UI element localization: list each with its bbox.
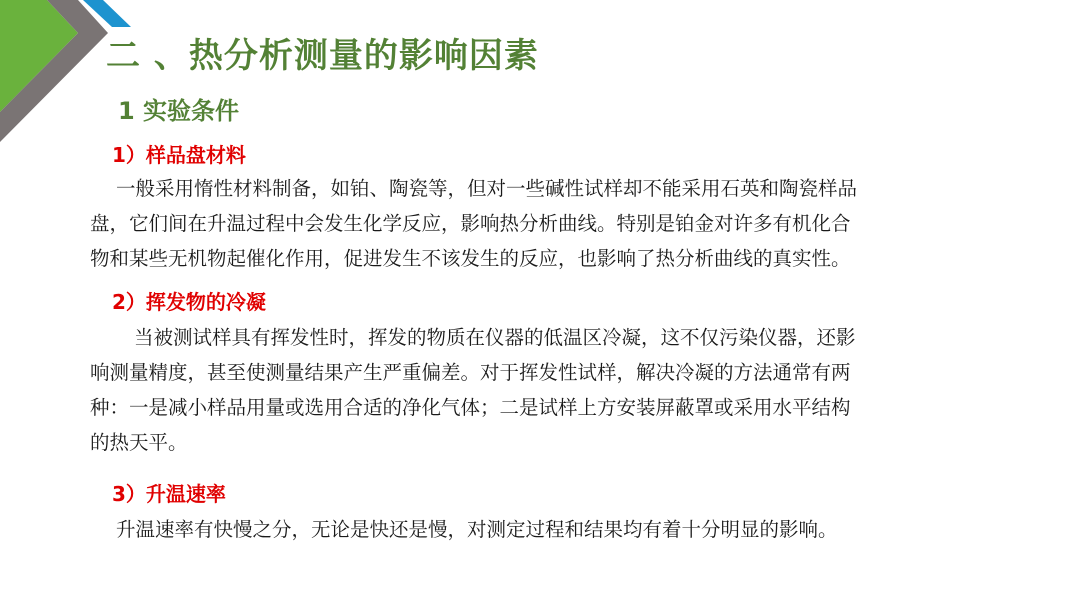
paragraph-line: 当被测试样具有挥发性时，挥发的物质在仪器的低温区冷凝，这不仅污染仪器，还影 [90, 320, 856, 355]
paragraph-volatile-condensation: 当被测试样具有挥发性时，挥发的物质在仪器的低温区冷凝，这不仅污染仪器，还影 响测… [90, 320, 856, 460]
paragraph-line: 的热天平。 [90, 425, 856, 460]
subheading-volatile-condensation: 2）挥发物的冷凝 [112, 287, 266, 317]
paragraph-heating-rate: 升温速率有快慢之分，无论是快还是慢，对测定过程和结果均有着十分明显的影响。 [116, 512, 838, 547]
paragraph-line: 种：一是减小样品用量或选用合适的净化气体；二是试样上方安装屏蔽罩或采用水平结构 [90, 390, 856, 425]
paragraph-line: 升温速率有快慢之分，无论是快还是慢，对测定过程和结果均有着十分明显的影响。 [116, 512, 838, 547]
paragraph-line: 一般采用惰性材料制备，如铂、陶瓷等，但对一些碱性试样却不能采用石英和陶瓷样品 [90, 171, 857, 206]
section-heading: 1 实验条件 [118, 94, 239, 128]
paragraph-line: 物和某些无机物起催化作用，促进发生不该发生的反应，也影响了热分析曲线的真实性。 [90, 241, 857, 276]
slide-title: 二 、热分析测量的影响因素 [106, 32, 539, 80]
paragraph-line: 盘，它们间在升温过程中会发生化学反应，影响热分析曲线。特别是铂金对许多有机化合 [90, 206, 857, 241]
paragraph-sample-pan-material: 一般采用惰性材料制备，如铂、陶瓷等，但对一些碱性试样却不能采用石英和陶瓷样品 盘… [90, 171, 857, 276]
subheading-sample-pan-material: 1）样品盘材料 [112, 140, 246, 170]
paragraph-line: 响测量精度，甚至使测量结果产生严重偏差。对于挥发性试样，解决冷凝的方法通常有两 [90, 355, 856, 390]
subheading-heating-rate: 3）升温速率 [112, 479, 226, 509]
